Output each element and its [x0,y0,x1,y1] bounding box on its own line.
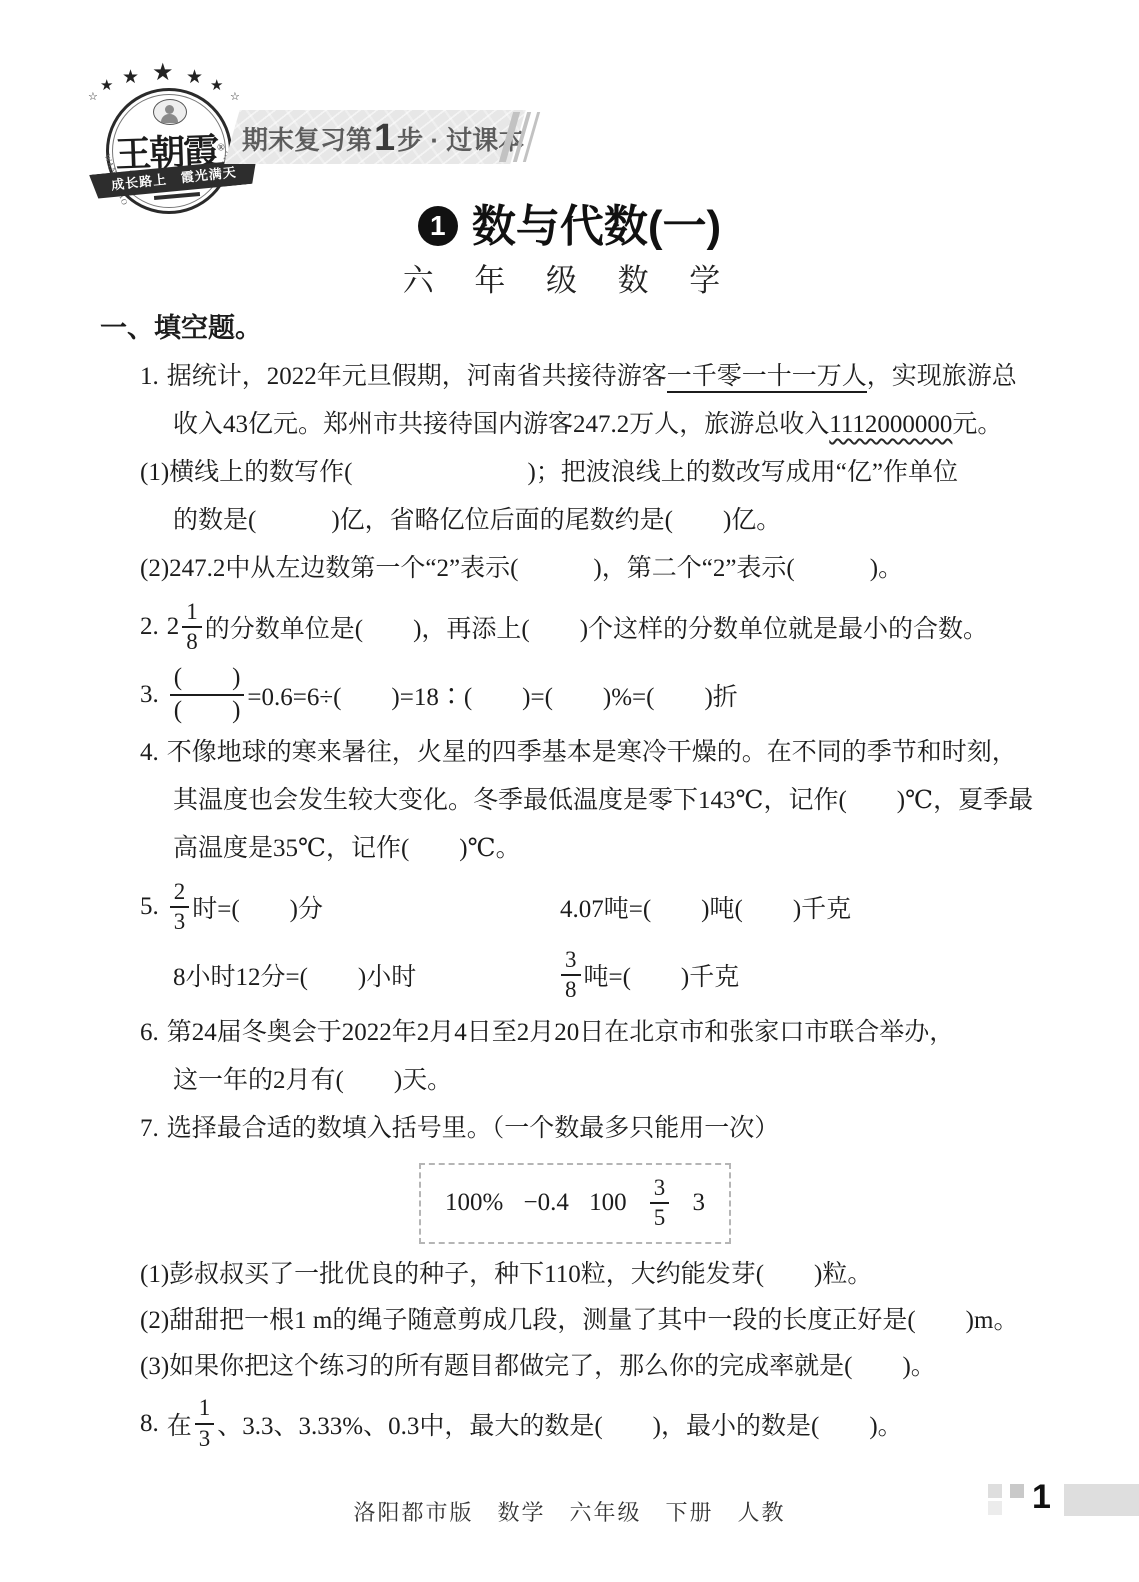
question-4-line-1: 4.不像地球的寒来暑往，火星的四季基本是寒冷干燥的。在不同的季节和时刻， [100,729,1050,777]
choice-value: 100% [445,1189,503,1217]
star-icon: ☆ [230,90,240,103]
question-number: 5. [140,893,159,921]
decor-square [1010,1484,1024,1498]
question-5-item-2: 4.07吨=( )吨( )千克 [560,873,851,941]
question-text: 收入43亿元。郑州市共接待国内游客247.2万人，旅游总收入 [173,411,829,438]
question-1-sub-1-line-2: 的数是( )亿，省略亿位后面的尾数约是( )亿。 [100,497,1050,545]
decor-square [988,1501,1002,1515]
question-text: 时=( )分 [192,889,323,925]
question-5-item-1: 5.23时=( )分 [140,873,560,941]
fraction-denominator: ( ) [170,696,245,726]
question-number: 4. [140,739,159,766]
page-number-decoration: 1 [988,1484,1139,1518]
star-icon: ★ [186,66,203,89]
question-3: 3.( )( )=0.6=6÷( )=18∶( )=( )%=( )折 [100,661,1050,729]
question-text: 元。 [952,411,1002,438]
section-heading: 一、填空题。 [100,306,1050,345]
fraction-denominator: 8 [182,628,202,655]
fraction: 13 [195,1395,215,1452]
fraction-numerator: 2 [170,879,190,908]
question-4-line-3: 高温度是35℃，记作( )℃。 [100,825,1050,873]
star-icon: ★ [100,76,113,95]
question-5-row-2: 8小时12分=( )小时 38吨=( )千克 [100,941,1050,1009]
page-number: 1 [1032,1478,1051,1517]
question-1-sub-1-line-1: (1)横线上的数写作( )；把波浪线上的数改写成用“亿”作单位 [100,449,1050,497]
portrait-icon [153,99,187,125]
question-number: 7. [140,1115,159,1142]
question-text: 第24届冬奥会于2022年2月4日至2月20日在北京市和张家口市联合举办， [167,1019,955,1046]
fraction-denominator: 5 [650,1204,670,1231]
question-text: ，实现旅游总 [867,363,1017,390]
unit-number-badge: 1 [418,206,458,246]
choice-fraction: 35 [650,1175,670,1232]
unit-title-text: 数与代数(一) [472,202,721,251]
question-6-line-2: 这一年的2月有( )天。 [100,1057,1050,1105]
question-1-line-2: 收入43亿元。郑州市共接待国内游客247.2万人，旅游总收入1112000000… [100,401,1050,449]
question-number: 2. [140,613,159,641]
fraction-numerator: 1 [195,1395,215,1424]
choice-value: 3 [693,1189,706,1217]
banner-text-pre: 期末复习第 [242,120,372,157]
worksheet-page: ☆ ★ ★ ★ ★ ★ ☆ 王朝霞® WANGZHAO ANGSHI 用心做书 … [0,0,1139,1582]
question-text: 选择最合适的数填入括号里。（一个数最多只能用一次） [167,1115,780,1142]
question-text: 不像地球的寒来暑往，火星的四季基本是寒冷干燥的。在不同的季节和时刻， [167,739,1017,766]
question-8: 8.在13、3.3、3.33%、0.3中，最大的数是( )，最小的数是( )。 [100,1390,1050,1458]
fraction-numerator: ( ) [170,664,245,696]
page-title: 1数与代数(一) [0,190,1139,254]
question-7-sub-3: (3)如果你把这个练习的所有题目都做完了，那么你的完成率就是( )。 [100,1344,1050,1390]
question-7-sub-1: (1)彭叔叔买了一批优良的种子，种下110粒，大约能发芽( )粒。 [100,1252,1050,1298]
question-text: =0.6=6÷( )=18∶( )=( )%=( )折 [247,677,737,713]
question-text: 、3.3、3.33%、0.3中，最大的数是( )，最小的数是( )。 [217,1406,902,1442]
question-5-item-3: 8小时12分=( )小时 [173,941,558,1009]
star-icon: ☆ [88,90,98,103]
question-5-row-1: 5.23时=( )分 4.07吨=( )吨( )千克 [100,873,1050,941]
wavy-underlined-number: 1112000000 [829,411,952,438]
star-icon: ★ [210,76,223,95]
decor-square [988,1484,1002,1498]
question-1-line-1: 1.据统计，2022年元旦假期，河南省共接待游客一千零一十一万人，实现旅游总 [100,353,1050,401]
question-7-sub-2: (2)甜甜把一根1 m的绳子随意剪成几段，测量了其中一段的长度正好是( )m。 [100,1298,1050,1344]
worksheet-body: 一、填空题。 1.据统计，2022年元旦假期，河南省共接待游客一千零一十一万人，… [100,306,1050,1458]
fraction-numerator: 3 [561,947,581,976]
question-number: 3. [140,681,159,709]
question-number: 1. [140,363,159,390]
page-subtitle: 六 年 级 数 学 [0,255,1139,300]
question-4-line-2: 其温度也会发生较大变化。冬季最低温度是零下143℃，记作( )℃，夏季最 [100,777,1050,825]
fraction: 23 [170,879,190,936]
fraction-denominator: 3 [170,908,190,935]
fraction: 18 [182,599,202,656]
question-text: 在 [167,1406,192,1442]
header-banner: 期末复习第 1 步 · 过课本 [242,116,528,160]
fraction: 38 [561,947,581,1004]
question-2: 2.218的分数单位是( )，再添上( )个这样的分数单位就是最小的合数。 [100,593,1050,661]
question-text: 据统计，2022年元旦假期，河南省共接待游客 [167,363,667,390]
star-icon: ★ [122,66,139,89]
fraction-blank: ( )( ) [170,664,245,726]
mixed-number-whole: 2 [167,613,180,641]
number-choice-box: 100% −0.4 100 35 3 [419,1163,731,1244]
fraction-numerator: 1 [182,599,202,628]
fraction-denominator: 8 [561,976,581,1003]
fraction-denominator: 3 [195,1425,215,1452]
question-number: 8. [140,1410,159,1438]
question-5-item-4: 38吨=( )千克 [558,941,739,1009]
footer-edition-info: 洛阳都市版 数学 六年级 下册 人教 [0,1496,1139,1527]
question-7: 7.选择最合适的数填入括号里。（一个数最多只能用一次） [100,1105,1050,1153]
banner-step-number: 1 [374,117,395,160]
question-6-line-1: 6.第24届冬奥会于2022年2月4日至2月20日在北京市和张家口市联合举办， [100,1009,1050,1057]
question-number: 6. [140,1019,159,1046]
choice-value: 100 [589,1189,627,1217]
trademark-symbol: ® [217,142,223,153]
choice-value: −0.4 [524,1189,569,1217]
decor-bar [1064,1484,1139,1516]
fraction-numerator: 3 [650,1175,670,1204]
question-1-sub-2: (2)247.2中从左边数第一个“2”表示( )，第二个“2”表示( )。 [100,545,1050,593]
underlined-number: 一千零一十一万人 [667,363,867,393]
star-icon: ★ [152,58,174,87]
question-text: 吨=( )千克 [584,957,740,993]
question-text: 的分数单位是( )，再添上( )个这样的分数单位就是最小的合数。 [205,609,988,645]
